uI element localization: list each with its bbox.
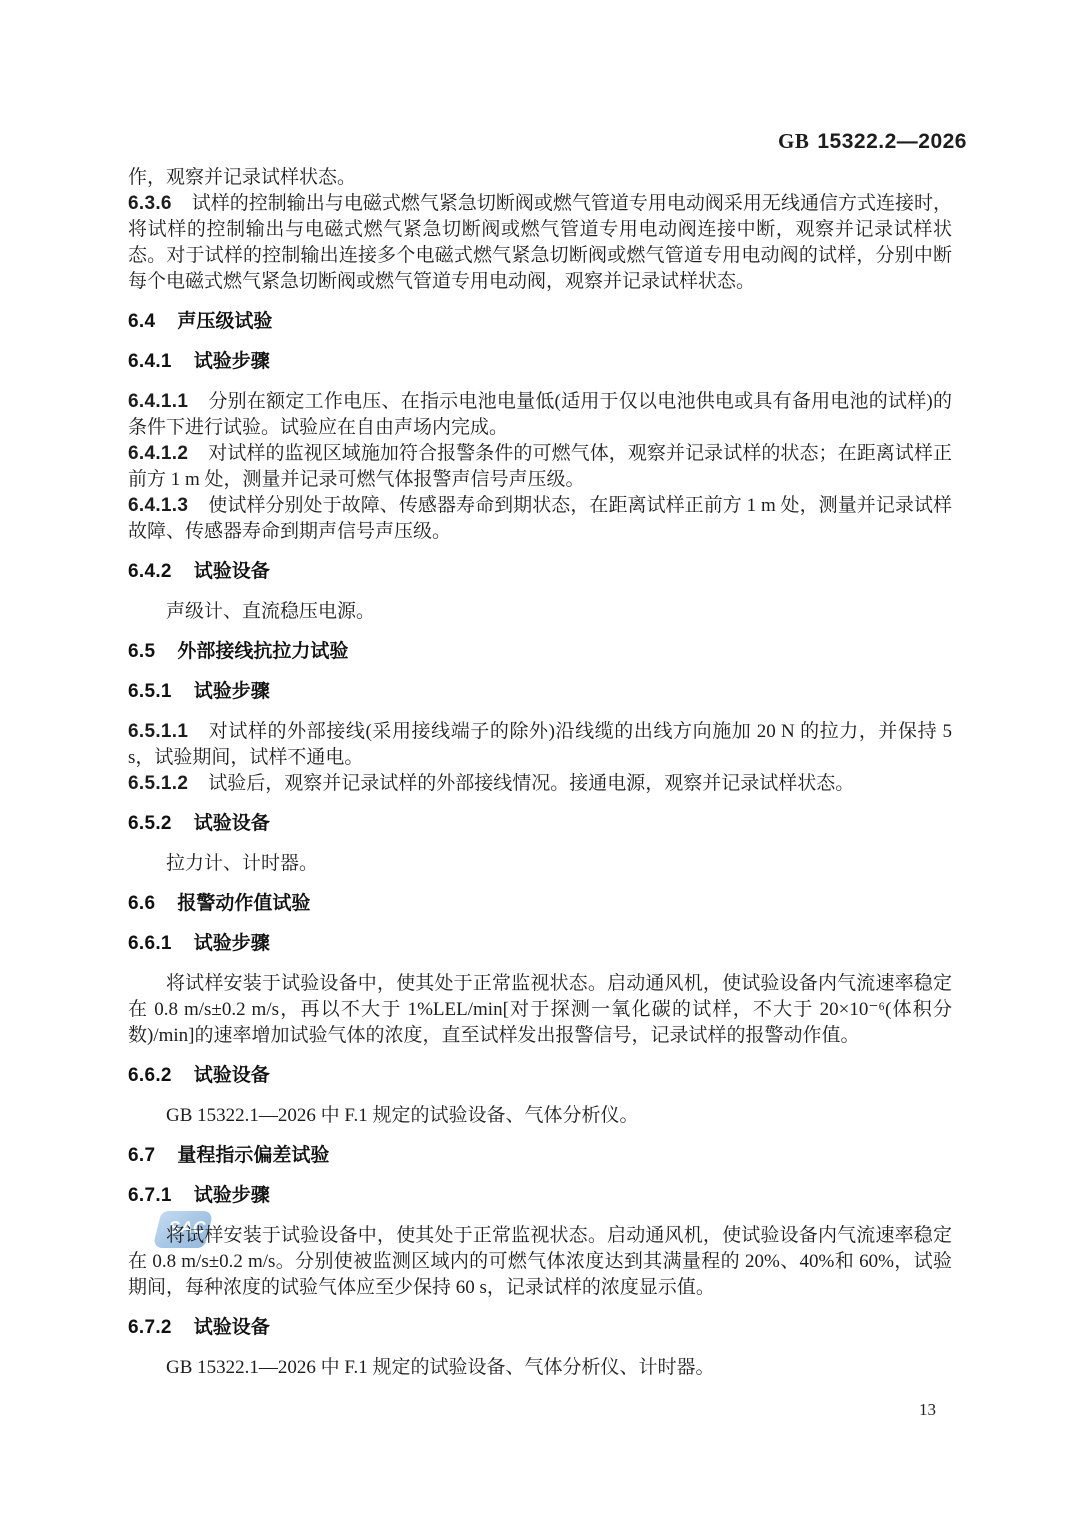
heading-title: 报警动作值试验 bbox=[177, 893, 310, 914]
heading-6-7: 6.7量程指示偏差试验 bbox=[128, 1143, 952, 1169]
heading-6-7-1: 6.7.1试验步骤 bbox=[128, 1183, 952, 1209]
heading-title: 试验设备 bbox=[194, 561, 270, 582]
paragraph-6-5-2: 拉力计、计时器。 bbox=[128, 851, 952, 877]
clause-text: 分别在额定工作电压、在指示电池电量低(适用于仅以电池供电或具有备用电池的试样)的… bbox=[128, 391, 952, 438]
standard-document-page: GB15322.2—2026 SAC 作，观察并记录试样状态。 6.3.6试样的… bbox=[0, 0, 1080, 1527]
clause-text: 对试样的外部接线(采用接线端子的除外)沿线缆的出线方向施加 20 N 的拉力，并… bbox=[128, 721, 952, 768]
heading-number: 6.5 bbox=[128, 641, 155, 662]
heading-6-4-1: 6.4.1试验步骤 bbox=[128, 349, 952, 375]
heading-title: 试验设备 bbox=[194, 1065, 270, 1086]
paragraph-6-7-1: 将试样安装于试验设备中，使其处于正常监视状态。启动通风机，使试验设备内气流速率稳… bbox=[128, 1223, 952, 1301]
clause-text: 使试样分别处于故障、传感器寿命到期状态，在距离试样正前方 1 m 处，测量并记录… bbox=[128, 495, 952, 542]
heading-number: 6.7 bbox=[128, 1145, 155, 1166]
heading-number: 6.5.1 bbox=[128, 681, 172, 702]
heading-title: 试验步骤 bbox=[194, 933, 270, 954]
heading-number: 6.4.2 bbox=[128, 561, 172, 582]
clause-number: 6.4.1.3 bbox=[128, 495, 188, 516]
heading-title: 试验步骤 bbox=[194, 1185, 270, 1206]
paragraph-continuation: 作，观察并记录试样状态。 bbox=[128, 165, 952, 191]
clause-text: 试样的控制输出与电磁式燃气紧急切断阀或燃气管道专用电动阀采用无线通信方式连接时，… bbox=[128, 193, 952, 292]
paragraph-6-4-2: 声级计、直流稳压电源。 bbox=[128, 599, 952, 625]
heading-title: 试验设备 bbox=[194, 813, 270, 834]
clause-number: 6.3.6 bbox=[128, 193, 172, 214]
clause-number: 6.5.1.1 bbox=[128, 721, 188, 742]
heading-6-7-2: 6.7.2试验设备 bbox=[128, 1315, 952, 1341]
paragraph-6-7-2: GB 15322.1—2026 中 F.1 规定的试验设备、气体分析仪、计时器。 bbox=[128, 1355, 952, 1381]
clause-number: 6.4.1.2 bbox=[128, 443, 188, 464]
heading-title: 量程指示偏差试验 bbox=[177, 1145, 329, 1166]
heading-6-5-1: 6.5.1试验步骤 bbox=[128, 679, 952, 705]
heading-number: 6.7.2 bbox=[128, 1317, 172, 1338]
heading-6-6-2: 6.6.2试验设备 bbox=[128, 1063, 952, 1089]
clause-number: 6.4.1.1 bbox=[128, 391, 188, 412]
clause-6-5-1-1: 6.5.1.1对试样的外部接线(采用接线端子的除外)沿线缆的出线方向施加 20 … bbox=[128, 719, 952, 771]
paragraph-6-6-2: GB 15322.1—2026 中 F.1 规定的试验设备、气体分析仪。 bbox=[128, 1103, 952, 1129]
heading-6-6: 6.6报警动作值试验 bbox=[128, 891, 952, 917]
document-code-header: GB15322.2—2026 bbox=[778, 129, 967, 154]
document-code-gb: GB bbox=[778, 129, 809, 153]
paragraph-6-6-1: 将试样安装于试验设备中，使其处于正常监视状态。启动通风机，使试验设备内气流速率稳… bbox=[128, 971, 952, 1049]
heading-number: 6.6.2 bbox=[128, 1065, 172, 1086]
heading-6-4-2: 6.4.2试验设备 bbox=[128, 559, 952, 585]
document-code-number: 15322.2—2026 bbox=[817, 130, 967, 153]
clause-6-4-1-2: 6.4.1.2对试样的监视区域施加符合报警条件的可燃气体，观察并记录试样的状态；… bbox=[128, 441, 952, 493]
heading-title: 声压级试验 bbox=[177, 311, 272, 332]
heading-6-5-2: 6.5.2试验设备 bbox=[128, 811, 952, 837]
clause-6-3-6: 6.3.6试样的控制输出与电磁式燃气紧急切断阀或燃气管道专用电动阀采用无线通信方… bbox=[128, 191, 952, 295]
document-body: 作，观察并记录试样状态。 6.3.6试样的控制输出与电磁式燃气紧急切断阀或燃气管… bbox=[128, 165, 952, 1395]
heading-title: 试验设备 bbox=[194, 1317, 270, 1338]
heading-number: 6.6.1 bbox=[128, 933, 172, 954]
heading-number: 6.4 bbox=[128, 311, 155, 332]
heading-title: 外部接线抗拉力试验 bbox=[177, 641, 348, 662]
heading-number: 6.6 bbox=[128, 893, 155, 914]
heading-6-6-1: 6.6.1试验步骤 bbox=[128, 931, 952, 957]
clause-text: 试验后，观察并记录试样的外部接线情况。接通电源，观察并记录试样状态。 bbox=[208, 773, 854, 794]
clause-6-4-1-3: 6.4.1.3使试样分别处于故障、传感器寿命到期状态，在距离试样正前方 1 m … bbox=[128, 493, 952, 545]
heading-number: 6.4.1 bbox=[128, 351, 172, 372]
heading-title: 试验步骤 bbox=[194, 351, 270, 372]
clause-text: 对试样的监视区域施加符合报警条件的可燃气体，观察并记录试样的状态；在距离试样正前… bbox=[128, 443, 952, 490]
heading-title: 试验步骤 bbox=[194, 681, 270, 702]
page-number: 13 bbox=[919, 1400, 936, 1420]
heading-6-5: 6.5外部接线抗拉力试验 bbox=[128, 639, 952, 665]
heading-6-4: 6.4声压级试验 bbox=[128, 309, 952, 335]
heading-number: 6.5.2 bbox=[128, 813, 172, 834]
clause-number: 6.5.1.2 bbox=[128, 773, 188, 794]
clause-6-4-1-1: 6.4.1.1分别在额定工作电压、在指示电池电量低(适用于仅以电池供电或具有备用… bbox=[128, 389, 952, 441]
clause-6-5-1-2: 6.5.1.2试验后，观察并记录试样的外部接线情况。接通电源，观察并记录试样状态… bbox=[128, 771, 952, 797]
heading-number: 6.7.1 bbox=[128, 1185, 172, 1206]
